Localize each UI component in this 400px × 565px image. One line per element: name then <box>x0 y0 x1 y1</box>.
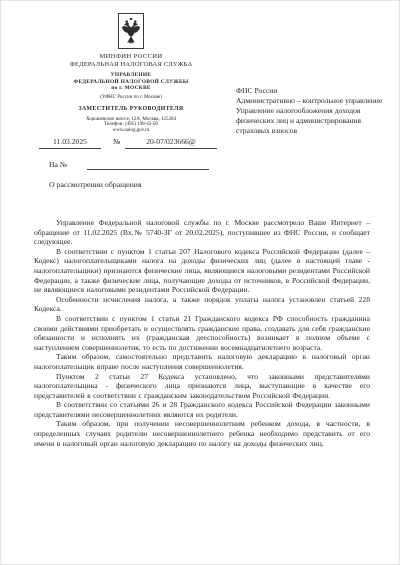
signer-title: ЗАМЕСТИТЕЛЬ РУКОВОДИТЕЛЯ <box>31 106 231 113</box>
number-sign: № <box>113 137 120 146</box>
letter-body: Управление Федеральной налоговой службы … <box>34 218 370 448</box>
addressee-block: ФНС России Административно – контрольное… <box>236 86 396 136</box>
body-paragraph: Особенности исчисления налога, а также п… <box>34 295 370 314</box>
body-paragraph: Таким образом, при получении несовершенн… <box>34 419 370 448</box>
ministry-name: МИНФИН РОССИИ <box>31 53 231 61</box>
service-name: ФЕДЕРАЛЬНАЯ НАЛОГОВАЯ СЛУЖБА <box>31 61 231 69</box>
letter-date: 11.03.2025 <box>39 137 101 149</box>
coat-of-arms-icon <box>121 17 141 45</box>
reply-to-blank-line <box>87 160 209 170</box>
body-paragraph: Пунктом 2 статьи 27 Кодекса установлено,… <box>34 372 370 401</box>
scanned-letter-page: МИНФИН РОССИИ ФЕДЕРАЛЬНАЯ НАЛОГОВАЯ СЛУЖ… <box>0 0 400 565</box>
reference-row: 11.03.2025 № 20-07/023666@ <box>1 137 400 151</box>
body-paragraph: В соответствии с пунктом 1 статьи 207 На… <box>34 247 370 295</box>
department-abbreviation: (УФНС России по г. Москве) <box>31 94 231 101</box>
addressee-line-2: Административно – контрольное управление <box>236 96 396 106</box>
coat-of-arms-frame <box>118 13 144 49</box>
reply-to-label: На № <box>49 160 67 169</box>
reply-to-row: На № <box>1 160 400 172</box>
body-paragraph: В соответствии со статьями 26 и 28 Гражд… <box>34 400 370 419</box>
department-line-3: по г. МОСКВЕ <box>31 85 231 92</box>
body-paragraph: Управление Федеральной налоговой службы … <box>34 218 370 247</box>
letterhead: МИНФИН РОССИИ ФЕДЕРАЛЬНАЯ НАЛОГОВАЯ СЛУЖ… <box>31 13 231 134</box>
addressee-line-1: ФНС России <box>236 86 396 96</box>
body-paragraph: Таким образом, самостоятельно представит… <box>34 352 370 371</box>
body-paragraph: В соответствии с пунктом 1 статьи 21 Гра… <box>34 314 370 352</box>
letter-number: 20-07/023666@ <box>125 137 217 149</box>
addressee-line-3: Управление налогообложения доходов физич… <box>236 106 396 136</box>
letter-subject: О рассмотрении обращения <box>49 180 142 189</box>
letterhead-website: www.nalog.gov.ru <box>31 128 231 134</box>
